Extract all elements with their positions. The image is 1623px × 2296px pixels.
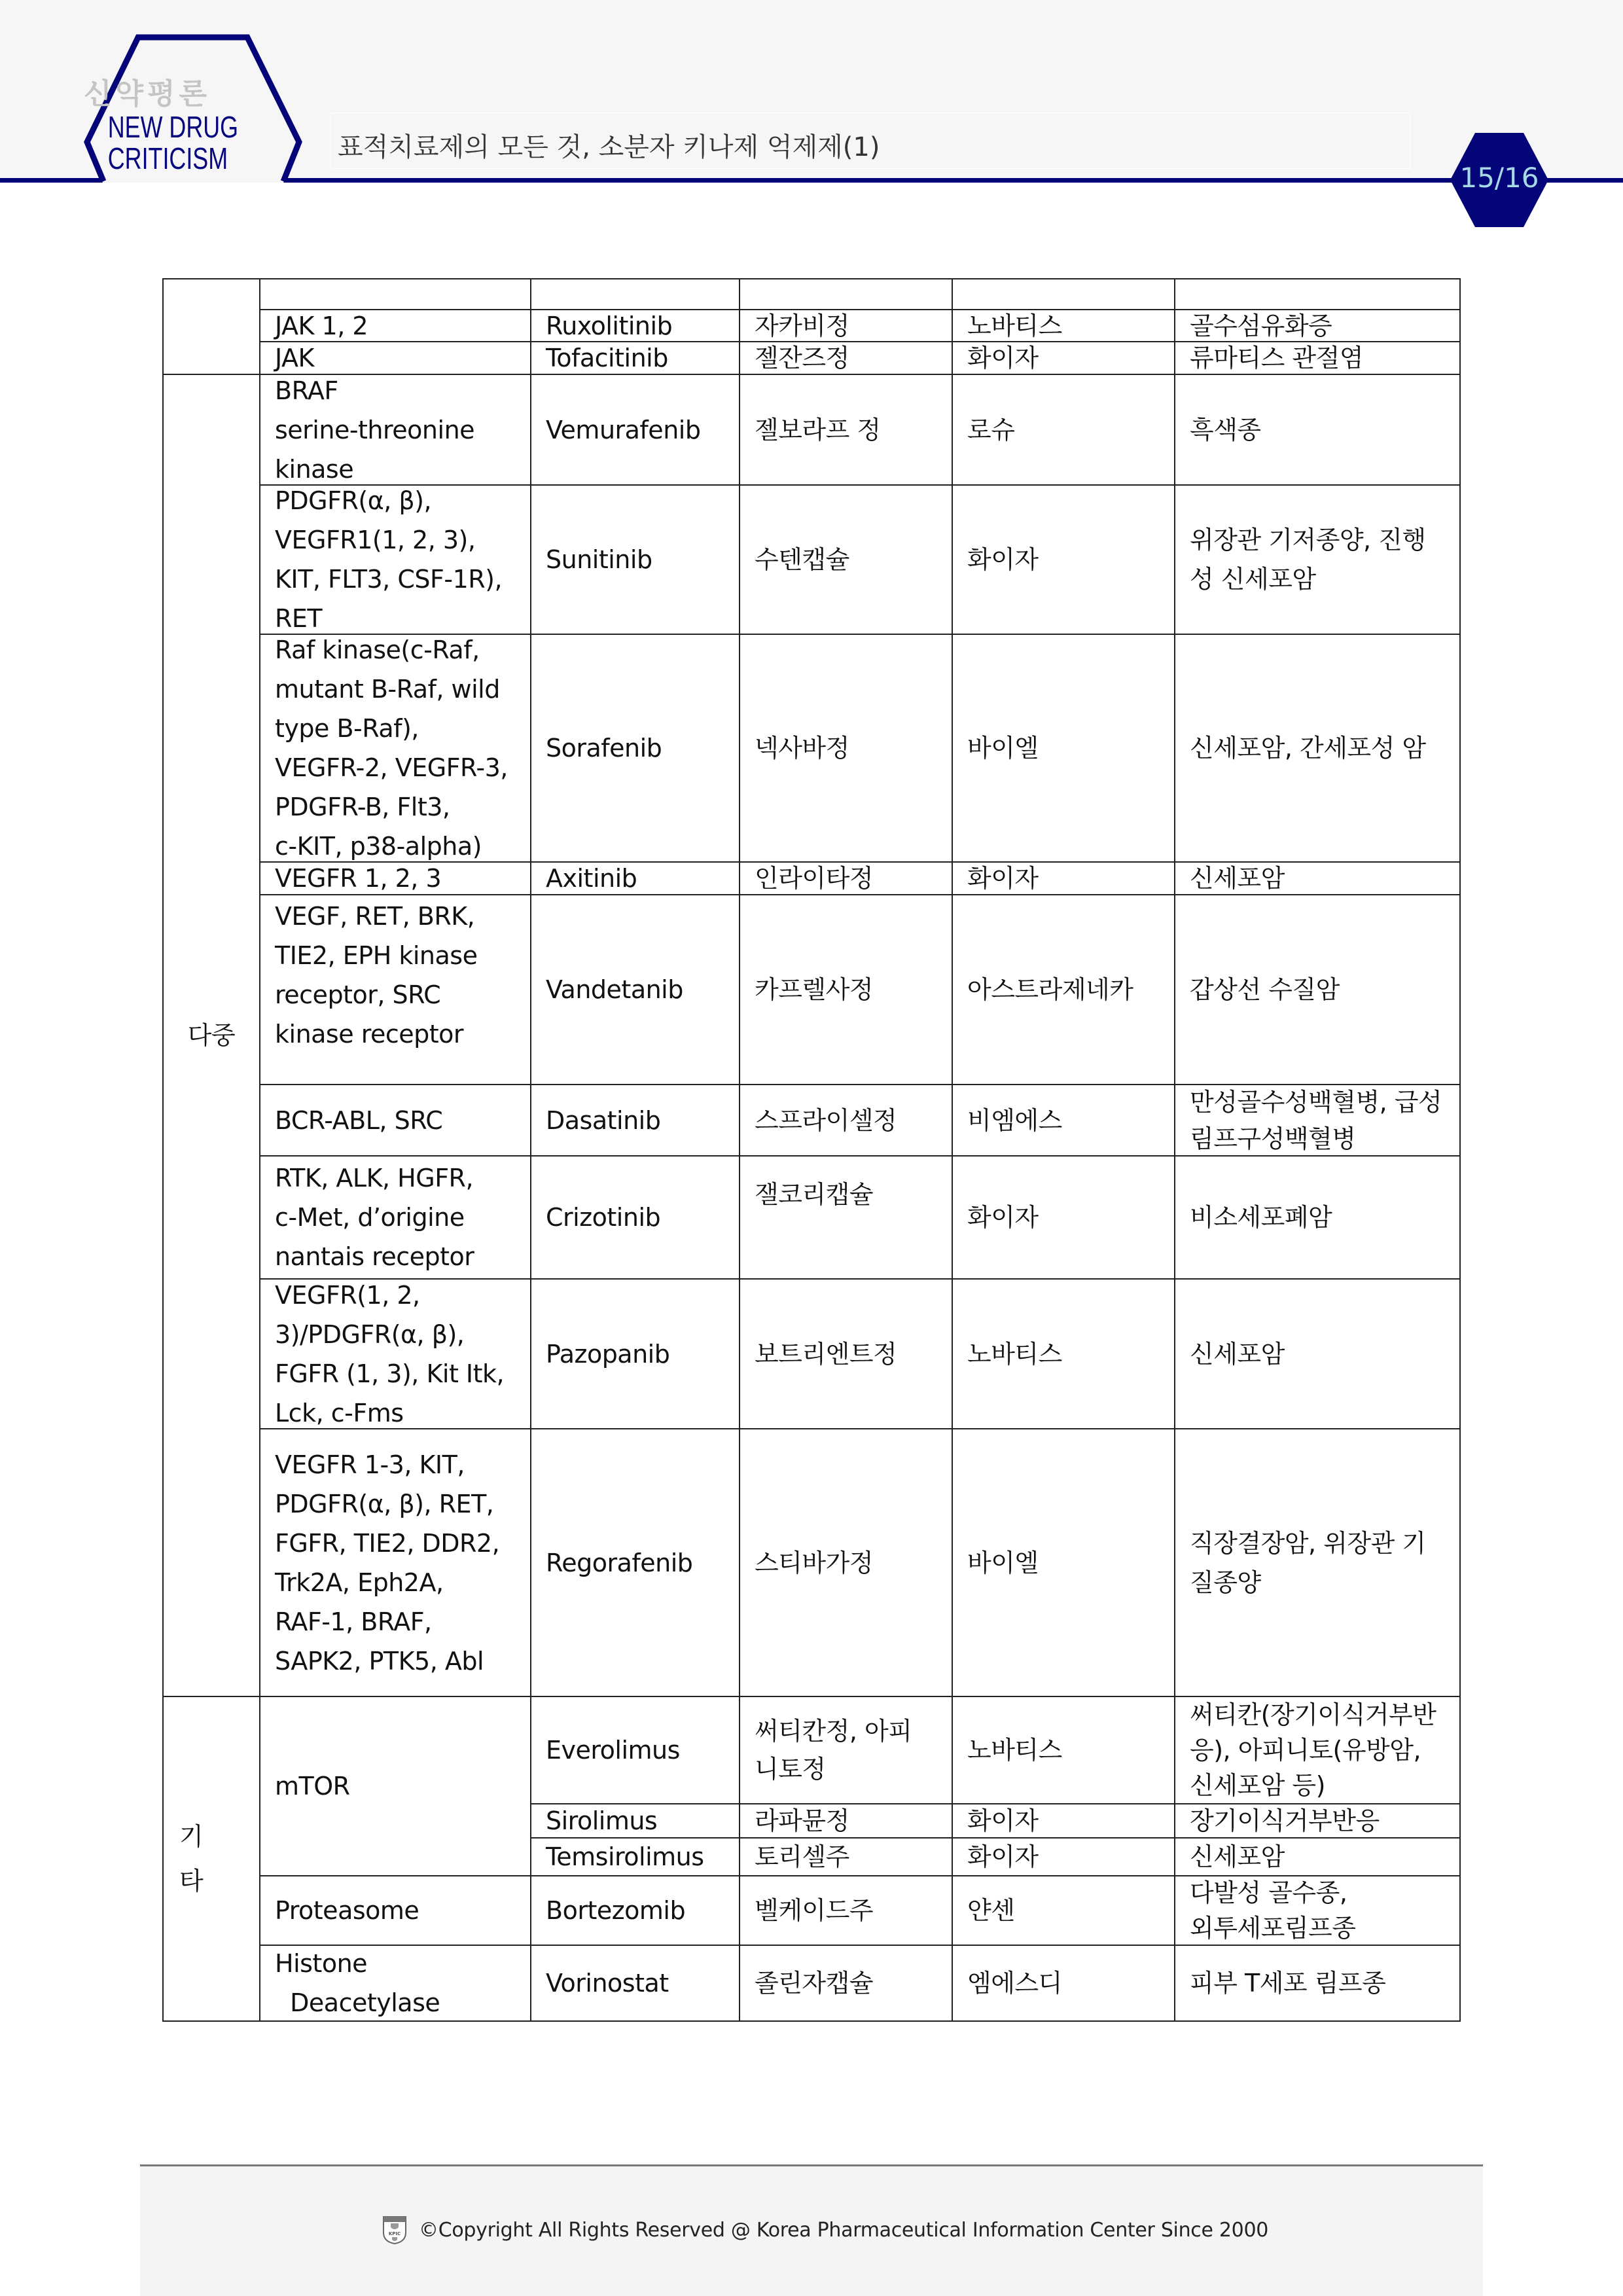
kpic-shield-logo-icon: KPIC <box>382 2215 407 2244</box>
logo-english-line1: NEW DRUG <box>108 109 279 145</box>
table-cell-indication: 신세포암 <box>1175 863 1461 895</box>
document-title: 표적치료제의 모든 것, 소분자 키나제 억제제(1) <box>338 126 880 164</box>
cell-text: 스티바가정 <box>755 1543 873 1583</box>
cell-text: RTK, ALK, HGFR, c-Met, d’origine nantais… <box>275 1158 474 1276</box>
cell-text: VEGFR 1-3, KIT, PDGFR(α, β), RET, FGFR, … <box>275 1445 499 1681</box>
cell-text: 잴코리캡슐 <box>755 1175 873 1214</box>
cell-text: 비엠에스 <box>967 1101 1062 1140</box>
svg-text:KPIC: KPIC <box>389 2231 401 2236</box>
table-cell-product: 자카비정 <box>740 310 953 342</box>
cell-text: Sorafenib <box>546 728 662 768</box>
cell-text: 갑상선 수질암 <box>1190 970 1340 1009</box>
table-cell-indication: 비소세포폐암 <box>1175 1157 1461 1280</box>
logo-korean-title: 신약평론 <box>84 70 302 112</box>
table-cell-target: PDGFR(α, β), VEGFR1(1, 2, 3), KIT, FLT3,… <box>260 486 531 635</box>
cell-text: 바이엘 <box>967 1543 1039 1583</box>
table-cell-drug: Pazopanib <box>531 1280 740 1429</box>
cell-text: 써티칸정, 아피 니토정 <box>755 1712 912 1788</box>
cell-text: Pazopanib <box>546 1335 669 1374</box>
table-cell-target: Histone Deacetylase <box>260 1946 531 2022</box>
table-cell-company: 비엠에스 <box>953 1085 1175 1157</box>
cell-text: 피부 T세포 림프종 <box>1190 1964 1385 2003</box>
cell-text: 흑색종 <box>1190 410 1261 450</box>
cell-text: 직장결장암, 위장관 기 질종양 <box>1190 1524 1426 1602</box>
table-cell-product: 스프라이셀정 <box>740 1085 953 1157</box>
table-cell-indication: 갑상선 수질암 <box>1175 895 1461 1085</box>
table-cell-company: 화이자 <box>953 1839 1175 1876</box>
cell-text: 수텐캡슐 <box>755 540 849 579</box>
cell-text: 신세포암, 간세포성 암 <box>1190 728 1426 768</box>
table-cell-product: 넥사바정 <box>740 635 953 863</box>
table-cell-company: 노바티스 <box>953 1697 1175 1804</box>
table-cell-target: JAK <box>260 342 531 375</box>
logo-english-line2: CRITICISM <box>108 141 279 176</box>
table-cell-product: 벨케이드주 <box>740 1876 953 1946</box>
cell-text: 노바티스 <box>967 1731 1062 1770</box>
cell-text: Sunitinib <box>546 540 652 579</box>
cell-text: 신세포암 <box>1190 1335 1285 1374</box>
cell-text: 다발성 골수종, 외투세포림프종 <box>1190 1875 1355 1946</box>
table-cell-indication: 써티칸(장기이식거부반 응), 아피니토(유방암, 신세포암 등) <box>1175 1697 1461 1804</box>
table-cell-product: 라파뮨정 <box>740 1804 953 1839</box>
table-cell-company: 화이자 <box>953 342 1175 375</box>
cell-text: Histone Deacetylase <box>275 1944 440 2022</box>
table-cell-drug: Vemurafenib <box>531 375 740 486</box>
cell-text: VEGF, RET, BRK, TIE2, EPH kinase recepto… <box>275 897 477 1054</box>
cell-text: 얀센 <box>967 1891 1014 1930</box>
table-cell-target: Raf kinase(c-Raf, mutant B-Raf, wild typ… <box>260 635 531 863</box>
cell-text: 토리셀주 <box>755 1837 849 1876</box>
table-cell-indication: 위장관 기저종양, 진행 성 신세포암 <box>1175 486 1461 635</box>
page-number: 15/16 <box>1450 162 1548 194</box>
cell-text: 화이자 <box>967 1837 1039 1876</box>
table-cell-product: 보트리엔트정 <box>740 1280 953 1429</box>
table-cell-company: 바이엘 <box>953 1429 1175 1697</box>
table-cell-company: 로슈 <box>953 375 1175 486</box>
cell-text: 엠에스디 <box>967 1964 1062 2003</box>
table-cell-target: BCR-ABL, SRC <box>260 1085 531 1157</box>
cell-text: VEGFR(1, 2, 3)/PDGFR(α, β), FGFR (1, 3),… <box>275 1276 504 1433</box>
cell-text: 장기이식거부반응 <box>1190 1801 1380 1840</box>
table-cell-drug: Temsirolimus <box>531 1839 740 1876</box>
table-cell-indication: 피부 T세포 림프종 <box>1175 1946 1461 2022</box>
table-cell-company: 엠에스디 <box>953 1946 1175 2022</box>
table-cell-indication: 흑색종 <box>1175 375 1461 486</box>
table-cell-target: RTK, ALK, HGFR, c-Met, d’origine nantais… <box>260 1157 531 1280</box>
table-cell-company: 노바티스 <box>953 310 1175 342</box>
cell-text: 카프렐사정 <box>755 970 873 1009</box>
cell-text: Proteasome <box>275 1891 419 1930</box>
publication-logo: 신약평론 NEW DRUG CRITICISM <box>84 34 302 183</box>
table-cell-indication: 류마티스 관절염 <box>1175 342 1461 375</box>
table-cell-drug: Everolimus <box>531 1697 740 1804</box>
copyright-text: ©Copyright All Rights Reserved @ Korea P… <box>419 2219 1268 2242</box>
cell-text: VEGFR 1, 2, 3 <box>275 859 441 898</box>
table-cell-company: 바이엘 <box>953 635 1175 863</box>
cell-text: 아스트라제네카 <box>967 970 1133 1009</box>
group-cell-other: 기 타 <box>162 1697 260 2022</box>
cell-text: 보트리엔트정 <box>755 1335 897 1374</box>
cell-text: 비소세포폐암 <box>1190 1198 1332 1237</box>
cell-text: Regorafenib <box>546 1543 692 1583</box>
cell-text: BRAF serine-threonine kinase <box>275 371 474 489</box>
cell-text: Dasatinib <box>546 1101 660 1140</box>
cell-text: 인라이타정 <box>755 859 873 898</box>
table-cell-target-mtor: mTOR <box>260 1697 531 1876</box>
table-cell-drug: Tofacitinib <box>531 342 740 375</box>
group-cell-multi: 다중 <box>162 375 260 1697</box>
cell-text: 화이자 <box>967 540 1039 579</box>
table-cell-drug: Axitinib <box>531 863 740 895</box>
cell-text: 화이자 <box>967 859 1039 898</box>
table-cell-indication: 신세포암 <box>1175 1280 1461 1429</box>
group-label-other: 기 타 <box>164 1814 259 1903</box>
cell-text: 졸린자캡슐 <box>755 1964 873 2003</box>
table-cell-indication: 신세포암, 간세포성 암 <box>1175 635 1461 863</box>
table-cell-drug: Bortezomib <box>531 1876 740 1946</box>
cell-text: 젤보라프 정 <box>755 410 881 450</box>
table-cell-company: 화이자 <box>953 863 1175 895</box>
table-cell-company: 화이자 <box>953 1804 1175 1839</box>
cell-text: 바이엘 <box>967 728 1039 768</box>
page-indicator: 15/16 <box>1450 133 1548 227</box>
table-cell-indication: 직장결장암, 위장관 기 질종양 <box>1175 1429 1461 1697</box>
table-cell-target: Proteasome <box>260 1876 531 1946</box>
table-cell-drug: Sunitinib <box>531 486 740 635</box>
cell-text: 젤잔즈정 <box>755 338 849 378</box>
table-cell-target: VEGFR 1-3, KIT, PDGFR(α, β), RET, FGFR, … <box>260 1429 531 1697</box>
cell-text: Sirolimus <box>546 1801 657 1840</box>
cell-text: mTOR <box>275 1767 350 1806</box>
cell-text: 노바티스 <box>967 1335 1062 1374</box>
cell-text: Temsirolimus <box>546 1837 704 1876</box>
table-cell-drug: Vandetanib <box>531 895 740 1085</box>
table-cell-target: VEGFR(1, 2, 3)/PDGFR(α, β), FGFR (1, 3),… <box>260 1280 531 1429</box>
table-cell-indication: 골수섬유화증 <box>1175 310 1461 342</box>
cell-text: 류마티스 관절염 <box>1190 338 1363 378</box>
table-cell-target: VEGFR 1, 2, 3 <box>260 863 531 895</box>
table-cell-drug: Vorinostat <box>531 1946 740 2022</box>
cell-text: Vandetanib <box>546 970 683 1009</box>
table-cell-product: 잴코리캡슐 <box>740 1157 953 1280</box>
cell-text: 화이자 <box>967 338 1039 378</box>
cell-text: 신세포암 <box>1190 1837 1285 1876</box>
table-cell-product: 졸린자캡슐 <box>740 1946 953 2022</box>
cell-text: 스프라이셀정 <box>755 1101 897 1140</box>
table-cell-indication: 장기이식거부반응 <box>1175 1804 1461 1839</box>
table-cell-company: 노바티스 <box>953 1280 1175 1429</box>
cell-text: 화이자 <box>967 1801 1039 1840</box>
cell-text: 로슈 <box>967 410 1014 450</box>
document-title-box: 표적치료제의 모든 것, 소분자 키나제 억제제(1) <box>330 113 1410 169</box>
cell-text: 화이자 <box>967 1198 1039 1237</box>
cell-text: Axitinib <box>546 859 637 898</box>
table-cell-company: 화이자 <box>953 486 1175 635</box>
table-cell-product: 써티칸정, 아피 니토정 <box>740 1697 953 1804</box>
table-cell-drug: Dasatinib <box>531 1085 740 1157</box>
table-cell-target: BRAF serine-threonine kinase <box>260 375 531 486</box>
cell-text: Everolimus <box>546 1731 680 1770</box>
table-cell-indication: 신세포암 <box>1175 1839 1461 1876</box>
group-cell <box>162 278 260 375</box>
cell-text: Raf kinase(c-Raf, mutant B-Raf, wild typ… <box>275 630 508 866</box>
table-cell-drug: Regorafenib <box>531 1429 740 1697</box>
table-cell-product: 인라이타정 <box>740 863 953 895</box>
cell-text: Crizotinib <box>546 1198 660 1237</box>
footer: KPIC ©Copyright All Rights Reserved @ Ko… <box>382 2214 1268 2246</box>
table-cell-drug: Crizotinib <box>531 1157 740 1280</box>
table-cell-product: 토리셀주 <box>740 1839 953 1876</box>
table-cell-company: 아스트라제네카 <box>953 895 1175 1085</box>
cell-text: BCR-ABL, SRC <box>275 1101 442 1140</box>
table-cell-target: VEGF, RET, BRK, TIE2, EPH kinase recepto… <box>260 895 531 1085</box>
cell-text: PDGFR(α, β), VEGFR1(1, 2, 3), KIT, FLT3,… <box>275 481 502 638</box>
table-cell-product: 카프렐사정 <box>740 895 953 1085</box>
cell-text: 위장관 기저종양, 진행 성 신세포암 <box>1190 520 1426 599</box>
cell-text: Tofacitinib <box>546 338 668 378</box>
table-cell-indication: 만성골수성백혈병, 급성 림프구성백혈병 <box>1175 1085 1461 1157</box>
table-cell-product: 젤잔즈정 <box>740 342 953 375</box>
table-cell-drug: Ruxolitinib <box>531 310 740 342</box>
table-cell-drug: Sorafenib <box>531 635 740 863</box>
table-cell-product: 젤보라프 정 <box>740 375 953 486</box>
cell-text: 신세포암 <box>1190 859 1285 898</box>
table-cell-drug: Sirolimus <box>531 1804 740 1839</box>
cell-text: Vemurafenib <box>546 410 700 450</box>
table-cell-company: 얀센 <box>953 1876 1175 1946</box>
table-cell-product: 수텐캡슐 <box>740 486 953 635</box>
cell-text: 만성골수성백혈병, 급성 림프구성백혈병 <box>1190 1084 1442 1157</box>
table-cell-indication: 다발성 골수종, 외투세포림프종 <box>1175 1876 1461 1946</box>
cell-text: 넥사바정 <box>755 728 849 768</box>
cell-text: 벨케이드주 <box>755 1891 873 1930</box>
cell-text: 써티칸(장기이식거부반 응), 아피니토(유방암, 신세포암 등) <box>1190 1697 1436 1803</box>
footer-divider-line <box>140 2164 1483 2166</box>
table-cell-company: 화이자 <box>953 1157 1175 1280</box>
group-label-multi: 다중 <box>188 1016 235 1055</box>
cell-text: 라파뮨정 <box>755 1801 849 1840</box>
table-cell-product: 스티바가정 <box>740 1429 953 1697</box>
cell-text: Vorinostat <box>546 1964 669 2003</box>
kinase-inhibitor-table: 다중 기 타 JAK 1, 2 Ruxolitinib 자카비정 노바티스 골수… <box>162 278 1461 2032</box>
table-cell-target: JAK 1, 2 <box>260 310 531 342</box>
cell-text: Bortezomib <box>546 1891 685 1930</box>
